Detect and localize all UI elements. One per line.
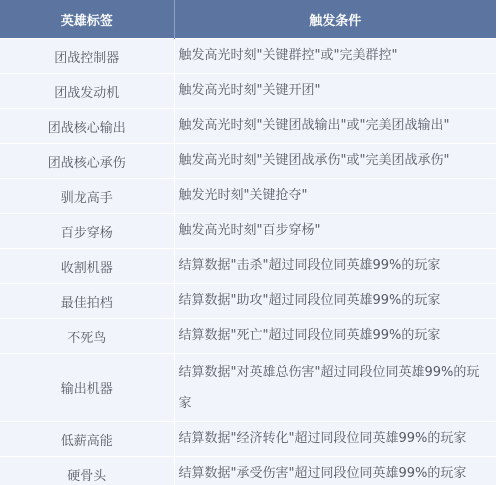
condition-cell: 结算数据"助攻"超过同段位同英雄99%的玩家	[174, 284, 496, 319]
condition-cell: 触发高光时刻"关键团战输出"或"完美团战输出"	[174, 109, 496, 144]
hero-tag-cell: 硬骨头	[0, 457, 174, 485]
condition-cell: 触发光时刻"关键抢夺"	[174, 179, 496, 214]
header-trigger-condition: 触发条件	[174, 0, 496, 39]
hero-tag-cell: 低薪高能	[0, 422, 174, 457]
table-row: 最佳拍档 结算数据"助攻"超过同段位同英雄99%的玩家	[0, 284, 496, 319]
condition-cell: 结算数据"经济转化"超过同段位同英雄99%的玩家	[174, 422, 496, 457]
hero-tag-cell: 驯龙高手	[0, 179, 174, 214]
table-row: 收割机器 结算数据"击杀"超过同段位同英雄99%的玩家	[0, 249, 496, 284]
condition-cell: 结算数据"击杀"超过同段位同英雄99%的玩家	[174, 249, 496, 284]
hero-tag-cell: 不死鸟	[0, 319, 174, 354]
table-row: 硬骨头 结算数据"承受伤害"超过同段位同英雄99%的玩家	[0, 457, 496, 485]
hero-tag-table: 英雄标签 触发条件 团战控制器 触发高光时刻"关键群控"或"完美群控" 团战发动…	[0, 0, 496, 485]
table-row: 驯龙高手 触发光时刻"关键抢夺"	[0, 179, 496, 214]
hero-tag-cell: 团战核心承伤	[0, 144, 174, 179]
hero-tag-cell: 收割机器	[0, 249, 174, 284]
condition-cell: 触发高光时刻"关键群控"或"完美群控"	[174, 39, 496, 74]
header-hero-tag: 英雄标签	[0, 0, 174, 39]
header-row: 英雄标签 触发条件	[0, 0, 496, 39]
condition-cell: 触发高光时刻"百步穿杨"	[174, 214, 496, 249]
hero-tag-cell: 团战发动机	[0, 74, 174, 109]
table-row: 不死鸟 结算数据"死亡"超过同段位同英雄99%的玩家	[0, 319, 496, 354]
table-row: 百步穿杨 触发高光时刻"百步穿杨"	[0, 214, 496, 249]
condition-cell: 结算数据"承受伤害"超过同段位同英雄99%的玩家	[174, 457, 496, 485]
hero-tag-cell: 团战核心输出	[0, 109, 174, 144]
table-row: 团战核心输出 触发高光时刻"关键团战输出"或"完美团战输出"	[0, 109, 496, 144]
table-row: 输出机器 结算数据"对英雄总伤害"超过同段位同英雄99%的玩家	[0, 354, 496, 422]
hero-tag-cell: 最佳拍档	[0, 284, 174, 319]
hero-tag-cell: 输出机器	[0, 354, 174, 422]
condition-cell: 结算数据"对英雄总伤害"超过同段位同英雄99%的玩家	[174, 354, 496, 422]
condition-cell: 触发高光时刻"关键团战承伤"或"完美团战承伤"	[174, 144, 496, 179]
table-row: 团战发动机 触发高光时刻"关键开团"	[0, 74, 496, 109]
table-row: 团战核心承伤 触发高光时刻"关键团战承伤"或"完美团战承伤"	[0, 144, 496, 179]
condition-cell: 结算数据"死亡"超过同段位同英雄99%的玩家	[174, 319, 496, 354]
hero-tag-cell: 百步穿杨	[0, 214, 174, 249]
hero-tag-cell: 团战控制器	[0, 39, 174, 74]
condition-cell: 触发高光时刻"关键开团"	[174, 74, 496, 109]
table-row: 团战控制器 触发高光时刻"关键群控"或"完美群控"	[0, 39, 496, 74]
table-row: 低薪高能 结算数据"经济转化"超过同段位同英雄99%的玩家	[0, 422, 496, 457]
